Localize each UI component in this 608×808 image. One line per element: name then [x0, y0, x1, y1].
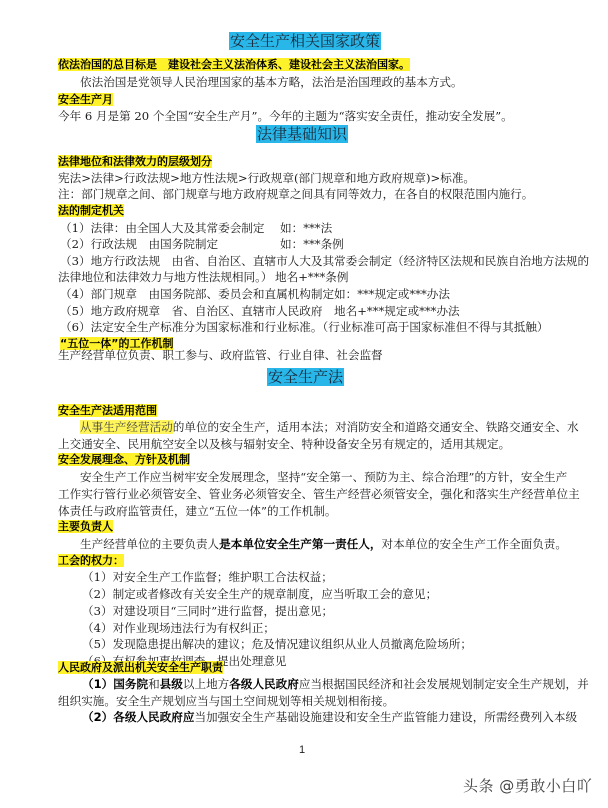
- union-item-2: （2）制定或者修改有关安全生产的规章制度，应当听取工会的意见；: [82, 586, 437, 602]
- concept-heading: 安全发展理念、方针及机制: [58, 452, 190, 467]
- goal-heading: 依法治国的总目标是 建设社会主义法治体系、建设社会主义法治国家。: [58, 57, 410, 72]
- leader-text: 生产经营单位的主要负责人是本单位安全生产第一责任人，对本单位的安全生产工作全面负…: [80, 536, 567, 552]
- concept-line-3: 体责任与政府监管责任，建立“五位一体”的工作机制。: [58, 503, 337, 519]
- union-item-4: （4）对作业现场违法行为有权纠正；: [82, 620, 275, 636]
- gov-heading: 人民政府及派出机关安全生产职责: [58, 660, 223, 675]
- hierarchy-note: 注：部门规章之间、部门规章与地方政府规章之间具有同等效力，在各自的权限范围内施行…: [58, 186, 533, 202]
- maker-item-4: （4）部门规章 由国务院部、委员会和直属机构制定: [60, 286, 334, 302]
- scope-heading: 安全生产法适用范围: [58, 403, 157, 418]
- makers-heading: 法的制定机关: [58, 203, 124, 218]
- maker-item-2: （2）行政法规 由国务院制定: [60, 236, 218, 252]
- section-title-law-basics: 法律基础知识: [256, 125, 348, 143]
- concept-line-1: 安全生产工作应当树牢安全发展理念，坚持“安全第一、预防为主、综合治理”的方针，安…: [80, 469, 567, 485]
- page-number: 1: [299, 744, 305, 756]
- maker-item-4-example: 如：***规定或***办法: [334, 286, 450, 302]
- gov-item-1-cont: 组织实施。安全生产规划应当与国土空间规划等相关规划相衔接。: [58, 693, 394, 709]
- section-title-policy: 安全生产相关国家政策: [229, 32, 381, 50]
- maker-item-1: （1）法律：由全国人大及其常委会制定: [60, 220, 264, 236]
- maker-item-3-example: 地名+***条例: [275, 269, 348, 285]
- month-heading: 安全生产月: [58, 92, 113, 107]
- union-item-5: （5）发现隐患提出解决的建议；危及情况建议组织从业人员撤离危险场所；: [82, 636, 472, 652]
- scope-highlight: 从事生产经营活动: [80, 420, 173, 434]
- goal-text: 依法治国是党领导人民治理国家的基本方略，法治是治国理政的基本方式。: [80, 74, 463, 90]
- month-text: 今年 6 月是第 20 个全国“安全生产月”。今年的主题为“落实安全责任，推动安…: [58, 108, 513, 124]
- maker-item-3-cont: 法律地位和法律效力与地方性法规相同。）: [58, 269, 272, 285]
- union-item-3: （3）对建设项目“三同时”进行监督，提出意见；: [82, 603, 333, 619]
- maker-item-6: （6）法定安全生产标准分为国家标准和行业标准。（行业标准可高于国家标准但不得与其…: [60, 319, 549, 335]
- union-item-1: （1）对安全生产工作监督；维护职工合法权益；: [82, 569, 333, 585]
- maker-item-3: （3）地方行政法规 由省、自治区、直辖市人大及其常委会制定（经济特区法规和民族自…: [60, 253, 589, 269]
- maker-item-1-example: 如：***法: [280, 220, 332, 236]
- union-heading: 工会的权力：: [58, 553, 124, 568]
- maker-item-5-example: 地名+***规定或***办法: [334, 303, 460, 319]
- scope-text-2: 上交通安全、民用航空安全以及核与辐射安全、特种设备安全另有规定的，适用其规定。: [58, 436, 510, 452]
- maker-item-2-example: 如：***条例: [280, 236, 344, 252]
- hierarchy-text: 宪法>法律>行政法规>地方性法规>行政规章(部门规章和地方政府规章)>标准。: [58, 170, 475, 186]
- mechanism-text: 生产经营单位负责、职工参与、政府监管、行业自律、社会监督: [58, 347, 383, 363]
- scope-text-1: 从事生产经营活动的单位的安全生产，适用本法；对消防安全和道路交通安全、铁路交通安…: [80, 419, 579, 435]
- hierarchy-heading: 法律地位和法律效力的层级划分: [58, 154, 212, 169]
- leader-heading: 主要负责人: [58, 519, 113, 534]
- watermark: 头条 @勇敢小白吖: [463, 775, 592, 796]
- gov-item-1: （1）国务院和县级以上地方各级人民政府应当根据国民经济和社会发展规划制定安全生产…: [82, 676, 589, 692]
- document-page: 安全生产相关国家政策 依法治国的总目标是 建设社会主义法治体系、建设社会主义法治…: [0, 0, 608, 808]
- maker-item-5: （5）地方政府规章 省、自治区、直辖市人民政府: [60, 303, 322, 319]
- section-title-safety-law: 安全生产法: [267, 368, 344, 386]
- gov-item-2: （2）各级人民政府应当加强安全生产基础设施建设和安全生产监管能力建设，所需经费列…: [82, 709, 577, 725]
- concept-line-2: 工作实行管行业必须管安全、管业务必须管安全、管生产经营必须管安全，强化和落实生产…: [58, 486, 580, 502]
